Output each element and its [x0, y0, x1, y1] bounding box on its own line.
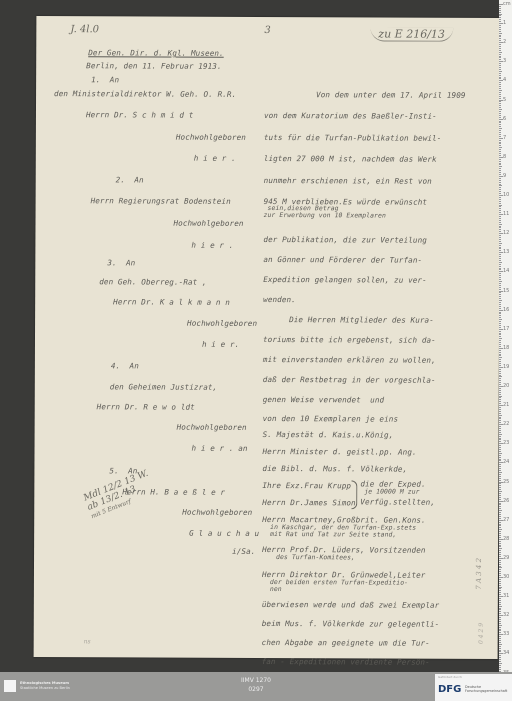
ruler-tick — [499, 426, 501, 427]
ruler-tick — [499, 199, 501, 200]
ruler-tick — [499, 285, 501, 286]
ruler-tick — [499, 367, 503, 368]
ruler-tick — [499, 558, 503, 559]
recipient-line: Hochwohlgeboren — [173, 219, 243, 228]
ruler-label: 15 — [503, 288, 509, 294]
body-line: Herrn Minister d. geistl.pp. Ang. — [262, 447, 416, 457]
ruler-tick — [499, 214, 503, 215]
ruler-label: 32 — [503, 612, 509, 618]
ruler-tick — [499, 12, 501, 13]
ruler-tick — [499, 235, 501, 236]
body-line: der Publikation, die zur Verteilung — [263, 235, 427, 245]
ruler-tick — [499, 21, 501, 22]
ruler-tick — [499, 445, 501, 446]
ruler-tick — [499, 514, 501, 515]
ruler-tick — [499, 61, 503, 62]
ruler-tick — [499, 229, 501, 230]
ruler-tick — [499, 516, 501, 517]
ruler-tick — [499, 608, 501, 609]
ruler-tick — [499, 111, 501, 112]
ruler-tick — [499, 447, 501, 448]
ruler-tick — [499, 216, 501, 217]
header-mark: J. 4l.0 — [70, 24, 99, 35]
ruler-tick — [499, 180, 501, 181]
ruler-tick — [499, 283, 501, 284]
ruler-tick — [499, 67, 501, 68]
ruler-tick — [499, 161, 501, 162]
recipient-line: den Ministerialdirektor W. Geh. O. R.R. — [54, 89, 236, 99]
funder-block: Gefördert durch DFG Deutsche Forschungsg… — [435, 674, 512, 701]
ruler-tick — [499, 627, 501, 628]
ruler-tick — [499, 77, 501, 78]
ruler-tick — [499, 333, 501, 334]
ruler-tick — [499, 107, 501, 108]
funder-caption: Gefördert durch — [438, 675, 462, 679]
ruler-tick — [499, 546, 501, 547]
ruler-tick — [499, 170, 501, 171]
ruler-tick — [499, 10, 501, 11]
ruler-tick — [499, 399, 501, 400]
ruler-tick — [499, 518, 501, 519]
recipient-line: Hochwohlgeboren — [182, 508, 252, 517]
ruler-label: 29 — [503, 555, 509, 561]
ruler-tick — [499, 105, 501, 106]
ruler-tick — [499, 298, 501, 299]
ruler-tick — [499, 220, 501, 221]
ruler-tick — [499, 562, 501, 563]
body-line: des Turfan-Komitees, — [276, 554, 355, 560]
margin-note-bottom-right: 0 4 2 9 — [478, 623, 485, 644]
ruler-tick — [499, 185, 502, 186]
ruler-tick — [499, 522, 501, 523]
ruler-tick — [499, 504, 501, 505]
ruler-tick — [499, 642, 501, 643]
ruler-tick — [499, 495, 501, 496]
ruler-tick — [499, 304, 501, 305]
ruler-tick — [499, 344, 501, 345]
ruler-tick — [499, 373, 501, 374]
ruler-tick — [499, 109, 502, 110]
ruler-tick — [499, 632, 501, 633]
ruler-tick — [499, 497, 501, 498]
ruler-tick — [499, 350, 501, 351]
ruler-tick — [499, 424, 503, 425]
ruler-tick — [499, 405, 503, 406]
body-line: nunmehr erschienen ist, ein Rest von — [264, 176, 432, 186]
ruler-tick — [499, 491, 502, 492]
ruler-tick — [499, 281, 502, 282]
ruler-tick — [499, 325, 501, 326]
ruler-tick — [499, 212, 501, 213]
body-line: fan - Expeditionen verdiente Persön- — [262, 657, 430, 667]
ruler-label: 10 — [503, 192, 509, 198]
ruler-tick — [499, 226, 501, 227]
ruler-tick — [499, 369, 501, 370]
ruler-tick — [499, 50, 501, 51]
body-line: beim Mus. f. Völkerkde zur gelegentli- — [262, 619, 440, 629]
recipient-line: Herrn Dr. S c h m i d t — [86, 110, 193, 119]
body-line: S. Majestät d. Kais.u.König, — [263, 430, 394, 440]
ruler-tick — [499, 602, 501, 603]
ruler-label: 21 — [503, 402, 509, 408]
ruler-tick — [499, 151, 501, 152]
ruler-tick — [499, 260, 501, 261]
recipient-number: 1. An — [91, 75, 119, 84]
ruler-label: 18 — [503, 345, 509, 351]
ruler-tick — [499, 122, 501, 123]
ruler-tick — [499, 73, 501, 74]
ruler-tick — [499, 256, 501, 257]
ruler-tick — [499, 483, 501, 484]
ruler-tick — [499, 354, 501, 355]
ruler-tick — [499, 4, 503, 5]
ruler-tick — [499, 380, 501, 381]
ruler-tick — [499, 499, 501, 500]
ruler-tick — [499, 306, 501, 307]
ruler-tick — [499, 392, 501, 393]
ruler-tick — [499, 472, 502, 473]
ruler-tick — [499, 155, 501, 156]
recipient-number: 4. An — [111, 361, 139, 370]
ruler-tick — [499, 33, 502, 34]
body-line: toriums bitte ich ergebenst, sich da- — [263, 335, 436, 345]
ruler-tick — [499, 592, 501, 593]
ruler-tick — [499, 653, 503, 654]
recipient-number: 3. An — [107, 258, 135, 267]
ruler-tick — [499, 512, 501, 513]
ruler-tick — [499, 363, 501, 364]
ruler-tick — [499, 524, 501, 525]
ruler-tick — [499, 119, 503, 120]
ruler-tick — [499, 606, 502, 607]
ruler-tick — [499, 590, 501, 591]
ruler-tick — [499, 420, 501, 421]
ruler-tick — [499, 166, 502, 167]
ruler-tick — [499, 581, 501, 582]
ruler-tick — [499, 403, 501, 404]
ruler-tick — [499, 184, 501, 185]
ruler-tick — [499, 310, 503, 311]
ruler-tick — [499, 588, 501, 589]
ruler-tick — [499, 371, 501, 372]
ruler-tick — [499, 94, 501, 95]
museum-logo-icon — [4, 680, 16, 692]
ruler-tick — [499, 623, 501, 624]
ruler-tick — [499, 357, 502, 358]
ruler-tick — [499, 508, 501, 509]
ruler-tick — [499, 29, 501, 30]
body-line: chen Abgabe an geeignete um die Tur- — [262, 638, 430, 648]
ruler-tick — [499, 501, 503, 502]
ruler-label: 1 — [503, 20, 506, 26]
ruler-tick — [499, 86, 501, 87]
ruler-tick — [499, 19, 501, 20]
ruler-tick — [499, 432, 501, 433]
ruler-tick — [499, 651, 501, 652]
ruler-tick — [499, 613, 501, 614]
ruler-tick — [499, 289, 501, 290]
ruler-tick — [499, 54, 501, 55]
ruler-tick — [499, 222, 501, 223]
ruler-tick — [499, 401, 501, 402]
ruler-tick — [499, 487, 501, 488]
ruler-tick — [499, 174, 501, 175]
ruler-tick — [499, 69, 501, 70]
ruler-tick — [499, 273, 501, 274]
ruler-tick — [499, 457, 501, 458]
body-line: Ihre Exz.Frau Krupp — [262, 481, 351, 490]
document-page: J. 4l.0 3 zu E 216/13 Der Gen. Dir. d. K… — [34, 16, 501, 659]
ruler-tick — [499, 630, 501, 631]
recipient-line: den Geh. Oberreg.-Rat , — [99, 277, 206, 286]
ruler-label: 4 — [503, 77, 506, 83]
ruler-tick — [499, 640, 501, 641]
ruler-tick — [499, 466, 501, 467]
ruler-tick — [499, 482, 503, 483]
ruler-label: 19 — [503, 364, 509, 370]
ruler-tick — [499, 468, 501, 469]
ruler-tick — [499, 346, 501, 347]
ruler-label: 33 — [503, 631, 509, 637]
body-line: Herrn Dr.James Simon — [262, 498, 355, 507]
ruler-tick — [499, 564, 501, 565]
date-line: Berlin, den 11. Februar 1913. — [86, 61, 222, 71]
ruler-tick — [499, 134, 501, 135]
ruler-tick — [499, 646, 501, 647]
ruler-tick — [499, 57, 501, 58]
ruler-tick — [499, 478, 501, 479]
ruler-tick — [499, 8, 501, 9]
ruler-tick — [499, 585, 501, 586]
ruler-tick — [499, 103, 501, 104]
ruler-tick — [499, 485, 501, 486]
ruler-tick — [499, 63, 501, 64]
ruler-tick — [499, 453, 502, 454]
ruler-tick — [499, 153, 501, 154]
ruler-tick — [499, 342, 501, 343]
ruler-tick — [499, 575, 501, 576]
ruler-tick — [499, 243, 502, 244]
image-number: 0297 — [230, 685, 282, 694]
ruler-tick — [499, 409, 501, 410]
ruler-label: 23 — [503, 440, 509, 446]
ruler-tick — [499, 117, 501, 118]
ruler-tick — [499, 227, 501, 228]
ruler-tick — [499, 264, 501, 265]
ruler-tick — [499, 75, 501, 76]
ruler-tick — [499, 317, 501, 318]
ruler-tick — [499, 268, 501, 269]
ruler-tick — [499, 250, 501, 251]
body-line: wenden. — [263, 295, 296, 304]
ruler-tick — [499, 140, 501, 141]
ruler-tick — [499, 439, 501, 440]
ruler-label: 2 — [503, 39, 506, 45]
measurement-ruler: cm12345678910111213141516171819202122232… — [499, 0, 512, 672]
ruler-label: 17 — [503, 326, 509, 332]
body-line: daß der Restbetrag in der vorgeschla- — [263, 375, 436, 385]
ruler-tick — [499, 455, 501, 456]
ruler-label: 22 — [503, 421, 509, 427]
ruler-tick — [499, 308, 501, 309]
ruler-tick — [499, 136, 501, 137]
ruler-tick — [499, 27, 501, 28]
ruler-tick — [499, 336, 501, 337]
ruler-tick — [499, 583, 501, 584]
ruler-tick — [499, 203, 501, 204]
ruler-tick — [499, 615, 503, 616]
ruler-label: 31 — [503, 593, 509, 599]
org-sub: Staatliche Museen zu Berlin — [20, 686, 70, 691]
ruler-tick — [499, 537, 501, 538]
ruler-label: 8 — [503, 154, 506, 160]
ruler-tick — [499, 480, 501, 481]
ruler-tick — [499, 535, 501, 536]
ruler-label: 25 — [503, 479, 509, 485]
ruler-tick — [499, 241, 501, 242]
ruler-tick — [499, 329, 503, 330]
ruler-tick — [499, 598, 501, 599]
ruler-tick — [499, 258, 501, 259]
ruler-tick — [499, 245, 501, 246]
ruler-label: 16 — [503, 307, 509, 313]
ruler-tick — [499, 489, 501, 490]
ruler-tick — [499, 340, 501, 341]
ruler-tick — [499, 31, 501, 32]
ruler-tick — [499, 40, 501, 41]
recipient-line: h i e r . — [194, 154, 236, 163]
ruler-label: 5 — [503, 97, 506, 103]
ruler-tick — [499, 411, 501, 412]
ruler-tick — [499, 418, 501, 419]
ruler-tick — [499, 617, 501, 618]
body-line: je 10000 M zur — [364, 488, 419, 494]
body-line: mit einverstanden erklären zu wollen, — [263, 355, 436, 365]
ruler-tick — [499, 462, 503, 463]
ruler-label: 26 — [503, 498, 509, 504]
ruler-tick — [499, 38, 501, 39]
ruler-tick — [499, 417, 501, 418]
ruler-tick — [499, 571, 501, 572]
ruler-tick — [499, 247, 501, 248]
ruler-tick — [499, 657, 501, 658]
ruler-tick — [499, 396, 502, 397]
ruler-tick — [499, 233, 503, 234]
ruler-label: 12 — [503, 230, 509, 236]
recipient-line: Hochwohlgeboren — [176, 133, 246, 142]
ruler-tick — [499, 279, 501, 280]
ruler-tick — [499, 271, 503, 272]
ruler-tick — [499, 312, 501, 313]
ruler-tick — [499, 474, 501, 475]
body-line: zur Erwerbung von 10 Exemplaren — [264, 212, 386, 219]
ruler-tick — [499, 384, 501, 385]
ruler-tick — [499, 164, 501, 165]
ruler-tick — [499, 470, 501, 471]
ruler-tick — [499, 669, 501, 670]
ruler-tick — [499, 168, 501, 169]
ruler-tick — [499, 35, 501, 36]
ruler-tick — [499, 460, 501, 461]
ruler-tick — [499, 159, 501, 160]
ruler-tick — [499, 88, 501, 89]
ruler-tick — [499, 191, 501, 192]
ruler-tick — [499, 545, 501, 546]
ruler-label: 6 — [503, 116, 506, 122]
ruler-tick — [499, 291, 503, 292]
ruler-tick — [499, 149, 501, 150]
ruler-tick — [499, 6, 501, 7]
ruler-tick — [499, 189, 501, 190]
body-line: tuts für die Turfan-Publikation bewil- — [264, 133, 442, 143]
ruler-tick — [499, 644, 502, 645]
ruler-tick — [499, 115, 501, 116]
ruler-tick — [499, 331, 501, 332]
ruler-tick — [499, 224, 502, 225]
ruler-tick — [499, 543, 501, 544]
ruler-tick — [499, 71, 502, 72]
bottom-left-mark: ns — [84, 638, 91, 645]
ruler-tick — [499, 611, 501, 612]
ruler-tick — [499, 378, 501, 379]
ruler-tick — [499, 206, 501, 207]
recipient-line: i/Sa. — [232, 547, 255, 556]
ruler-tick — [499, 23, 503, 24]
ruler-label: 11 — [503, 211, 509, 217]
ruler-tick — [499, 59, 501, 60]
ruler-tick — [499, 434, 502, 435]
ruler-tick — [499, 527, 501, 528]
journal-number: zu E 216/13 — [370, 27, 453, 41]
ruler-tick — [499, 101, 501, 102]
ruler-tick — [499, 231, 501, 232]
ruler-tick — [499, 248, 501, 249]
ruler-label: 3 — [503, 58, 506, 64]
ruler-tick — [499, 506, 501, 507]
ruler-tick — [499, 210, 501, 211]
recipient-line: Hochwohlgeboren — [187, 319, 257, 328]
ruler-tick — [499, 218, 501, 219]
ruler-tick — [499, 388, 501, 389]
ruler-tick — [499, 287, 501, 288]
ruler-tick — [499, 296, 501, 297]
ruler-tick — [499, 201, 501, 202]
body-line: von dem Kuratorium des Baeßler-Insti- — [264, 111, 437, 121]
recipient-line: h i e r. — [202, 340, 239, 349]
ruler-tick — [499, 56, 501, 57]
ruler-tick — [499, 541, 501, 542]
ruler-label: 28 — [503, 536, 509, 542]
recipient-line: G l a u c h a u — [189, 529, 259, 538]
ruler-tick — [499, 52, 502, 53]
ruler-tick — [499, 348, 503, 349]
ruler-tick — [499, 302, 501, 303]
ruler-label: 30 — [503, 574, 509, 580]
ruler-tick — [499, 338, 502, 339]
ruler-tick — [499, 382, 501, 383]
ruler-tick — [499, 604, 501, 605]
ruler-tick — [499, 415, 502, 416]
ruler-tick — [499, 315, 501, 316]
recipient-line: den Geheimen Justizrat, — [110, 382, 217, 391]
ruler-tick — [499, 655, 501, 656]
recipient-line: Herrn Dr. R e w o ldt — [97, 402, 195, 411]
body-line: Die Herren Mitglieder des Kura- — [289, 315, 434, 325]
funder-name-line: Forschungsgemeinschaft — [465, 689, 507, 693]
ruler-tick — [499, 17, 501, 18]
ruler-tick — [499, 567, 502, 568]
ruler-tick — [499, 130, 501, 131]
